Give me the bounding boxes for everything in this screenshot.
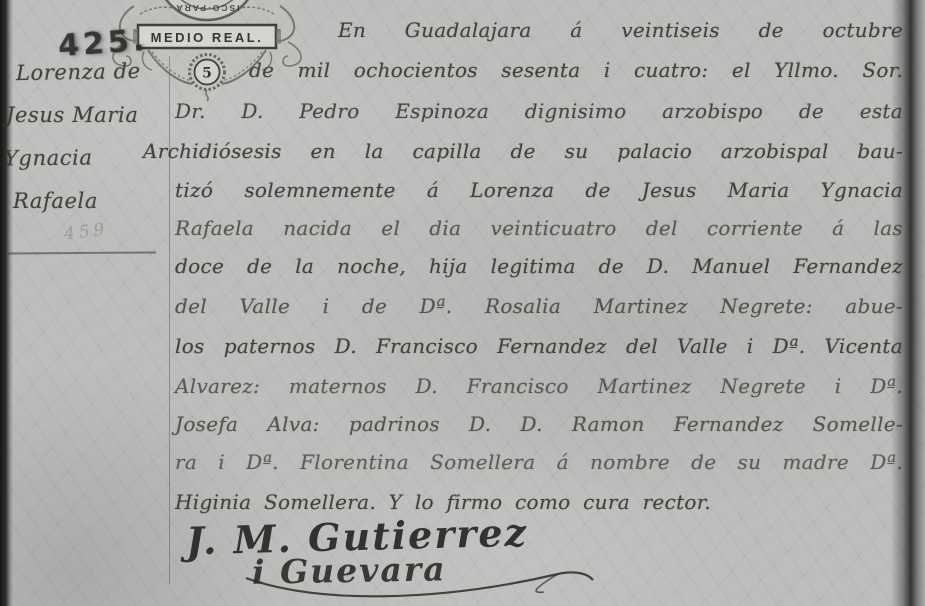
margin-name-line: Jesus Maria bbox=[6, 103, 139, 127]
margin-underline bbox=[8, 251, 156, 254]
baptism-record-scan: ISCO·PARA MEDIO REAL. bbox=[0, 0, 925, 606]
ghost-number: 459 bbox=[63, 219, 110, 244]
stamp-arc-text: ISCO·PARA bbox=[174, 3, 239, 13]
stamp-denomination: 5 bbox=[202, 66, 212, 82]
record-line: En Guadalajara á veintiseis de octubre bbox=[338, 18, 903, 56]
stamp-seal-arc: ISCO·PARA bbox=[156, 0, 258, 20]
record-line: Archidiósesis en la capilla de su palaci… bbox=[143, 139, 903, 177]
act-number: 425. bbox=[57, 23, 149, 64]
record-line: Rafaela nacida el dia veinticuatro del c… bbox=[175, 216, 903, 254]
record-line: del Valle i de Dª. Rosalia Martinez Negr… bbox=[175, 294, 903, 332]
margin-rule bbox=[169, 56, 170, 584]
record-line: tizó solemnemente á Lorenza de Jesus Mar… bbox=[175, 178, 903, 216]
stamp-banner-label: MEDIO REAL. bbox=[151, 30, 264, 45]
left-scan-edge bbox=[0, 0, 13, 606]
margin-name-line: Rafaela bbox=[13, 189, 98, 213]
stamp-denomination-circle: 5 bbox=[190, 55, 225, 102]
margin-name-line: Lorenza de bbox=[16, 59, 141, 85]
record-line: Josefa Alva: padrinos D. D. Ramon Fernan… bbox=[175, 412, 903, 450]
record-line: doce de la noche, hija legitima de D. Ma… bbox=[175, 254, 903, 292]
record-line: ra i Dª. Florentina Somellera á nombre d… bbox=[175, 450, 903, 488]
margin-name-line: Ygnacia bbox=[4, 146, 93, 171]
record-line: Alvarez: maternos D. Francisco Martinez … bbox=[175, 374, 903, 412]
record-line: los paternos D. Francisco Fernandez del … bbox=[175, 334, 903, 372]
stamp-banner: MEDIO REAL. bbox=[133, 25, 281, 48]
record-line: Dr. D. Pedro Espinoza dignisimo arzobisp… bbox=[175, 99, 903, 137]
record-line: de mil ochocientos sesenta i cuatro: el … bbox=[249, 58, 903, 96]
signature-line: i Guevara bbox=[252, 549, 447, 591]
